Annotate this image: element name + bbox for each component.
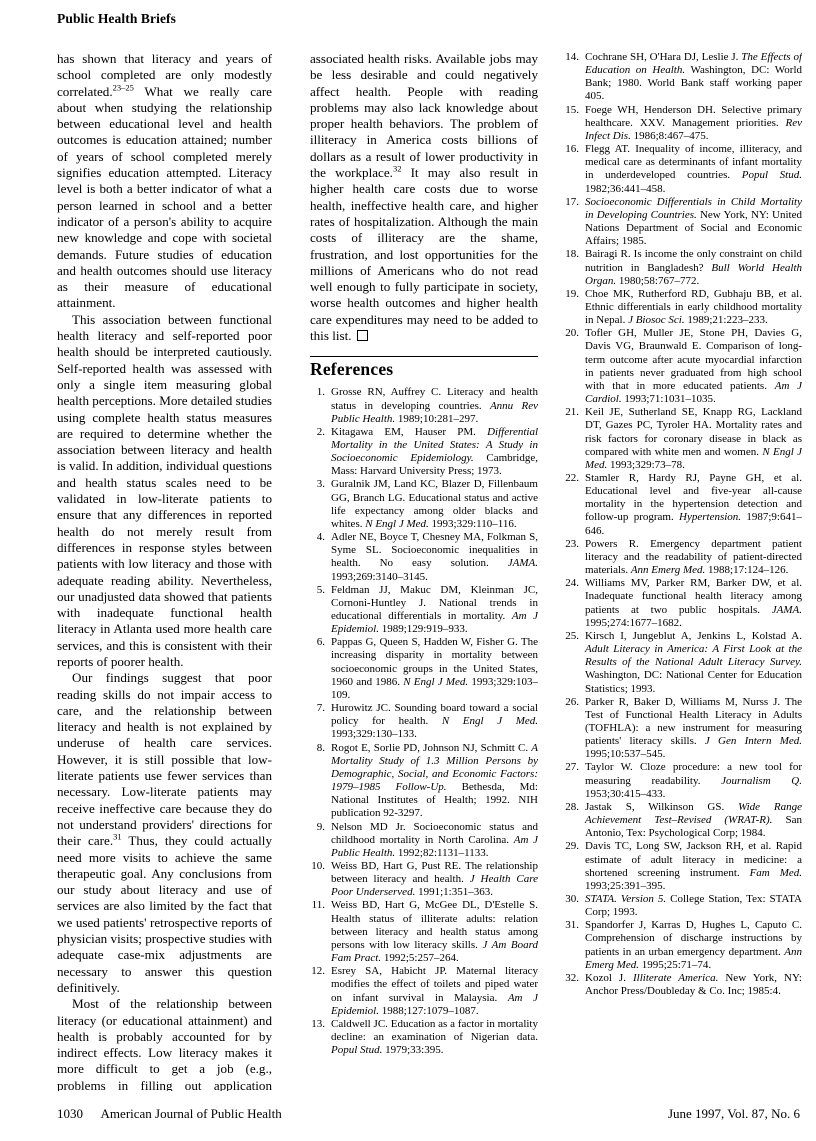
reference-item: 9.Nelson MD Jr. Socioeconomic status and…: [310, 821, 538, 860]
reference-item: 18.Bairagi R. Is income the only constra…: [564, 248, 802, 287]
reference-text: Powers R. Emergency department patient l…: [585, 538, 802, 576]
reference-number: 23.: [564, 538, 579, 551]
reference-item: 24.Williams MV, Parker RM, Barker DW, et…: [564, 577, 802, 630]
reference-number: 19.: [564, 288, 579, 301]
reference-number: 28.: [564, 801, 579, 814]
reference-text: Stamler R, Hardy RJ, Payne GH, et al. Ed…: [585, 472, 802, 537]
reference-text: Flegg AT. Inequality of income, illitera…: [585, 143, 802, 194]
footer-journal-name: American Journal of Public Health: [101, 1106, 282, 1121]
reference-text: Cochrane SH, O'Hara DJ, Leslie J. The Ef…: [585, 51, 802, 102]
reference-number: 20.: [564, 327, 579, 340]
reference-number: 18.: [564, 248, 579, 261]
reference-number: 31.: [564, 919, 579, 932]
body-paragraph: has shown that literacy and years of sch…: [57, 51, 272, 312]
reference-text: Spandorfer J, Karras D, Hughes L, Caputo…: [585, 919, 802, 970]
reference-text: STATA. Version 5. College Station, Tex: …: [585, 893, 802, 918]
reference-item: 32.Kozol J. Illiterate America. New York…: [564, 972, 802, 998]
reference-item: 11.Weiss BD, Hart G, McGee DL, D'Estelle…: [310, 899, 538, 965]
reference-text: Keil JE, Sutherland SE, Knapp RG, Lackla…: [585, 406, 802, 471]
reference-item: 30.STATA. Version 5. College Station, Te…: [564, 893, 802, 919]
reference-item: 6.Pappas G, Queen S, Hadden W, Fisher G.…: [310, 636, 538, 702]
reference-item: 19.Choe MK, Rutherford RD, Gubhaju BB, e…: [564, 288, 802, 327]
references-divider: [310, 356, 538, 357]
reference-number: 10.: [310, 860, 325, 873]
reference-text: Hurowitz JC. Sounding board toward a soc…: [331, 702, 538, 740]
reference-text: Nelson MD Jr. Socioeconomic status and c…: [331, 821, 538, 859]
references-list-14-32: 14.Cochrane SH, O'Hara DJ, Leslie J. The…: [564, 51, 802, 1091]
reference-item: 23.Powers R. Emergency department patien…: [564, 538, 802, 577]
reference-item: 21.Keil JE, Sutherland SE, Knapp RG, Lac…: [564, 406, 802, 472]
reference-item: 31.Spandorfer J, Karras D, Hughes L, Cap…: [564, 919, 802, 972]
reference-text: Kozol J. Illiterate America. New York, N…: [585, 972, 802, 997]
reference-text: Esrey SA, Habicht JP. Maternal literacy …: [331, 965, 538, 1016]
reference-item: 10.Weiss BD, Hart G, Pust RE. The relati…: [310, 860, 538, 899]
reference-text: Bairagi R. Is income the only constraint…: [585, 248, 802, 286]
section-header-label: Public Health Briefs: [57, 11, 176, 27]
body-paragraph: associated health risks. Available jobs …: [310, 51, 538, 344]
column-2-body-text: associated health risks. Available jobs …: [310, 51, 538, 344]
reference-number: 17.: [564, 196, 579, 209]
reference-item: 12.Esrey SA, Habicht JP. Maternal litera…: [310, 965, 538, 1018]
reference-item: 4.Adler NE, Boyce T, Chesney MA, Folkman…: [310, 531, 538, 584]
reference-number: 26.: [564, 696, 579, 709]
reference-item: 8.Rogot E, Sorlie PD, Johnson NJ, Schmit…: [310, 742, 538, 821]
reference-text: Weiss BD, Hart G, Pust RE. The relations…: [331, 860, 538, 898]
body-paragraph: Most of the relationship between literac…: [57, 996, 272, 1091]
reference-text: Taylor W. Cloze procedure: a new tool fo…: [585, 761, 802, 799]
column-2: associated health risks. Available jobs …: [310, 51, 538, 1091]
footer-issue-info: June 1997, Vol. 87, No. 6: [668, 1106, 800, 1122]
reference-number: 9.: [310, 821, 325, 834]
references-list-1-13: 1.Grosse RN, Auffrey C. Literacy and hea…: [310, 386, 538, 1057]
reference-number: 27.: [564, 761, 579, 774]
reference-item: 22.Stamler R, Hardy RJ, Payne GH, et al.…: [564, 472, 802, 538]
reference-number: 14.: [564, 51, 579, 64]
reference-number: 22.: [564, 472, 579, 485]
references-heading: References: [310, 359, 538, 380]
reference-text: Adler NE, Boyce T, Chesney MA, Folkman S…: [331, 531, 538, 582]
reference-text: Weiss BD, Hart G, McGee DL, D'Estelle S.…: [331, 899, 538, 964]
reference-number: 15.: [564, 104, 579, 117]
reference-item: 13.Caldwell JC. Education as a factor in…: [310, 1018, 538, 1057]
reference-number: 5.: [310, 584, 325, 597]
page-footer: 1030 American Journal of Public Health J…: [57, 1106, 800, 1122]
reference-item: 25.Kirsch I, Jungeblut A, Jenkins L, Kol…: [564, 630, 802, 696]
reference-number: 4.: [310, 531, 325, 544]
reference-text: Choe MK, Rutherford RD, Gubhaju BB, et a…: [585, 288, 802, 326]
reference-text: Grosse RN, Auffrey C. Literacy and healt…: [331, 386, 538, 424]
reference-text: Tofler GH, Muller JE, Stone PH, Davies G…: [585, 327, 802, 405]
reference-number: 13.: [310, 1018, 325, 1031]
reference-number: 29.: [564, 840, 579, 853]
reference-item: 1.Grosse RN, Auffrey C. Literacy and hea…: [310, 386, 538, 425]
reference-item: 16.Flegg AT. Inequality of income, illit…: [564, 143, 802, 196]
reference-number: 21.: [564, 406, 579, 419]
reference-item: 2.Kitagawa EM, Hauser PM. Differential M…: [310, 426, 538, 479]
reference-item: 5.Feldman JJ, Makuc DM, Kleinman JC, Cor…: [310, 584, 538, 637]
reference-number: 32.: [564, 972, 579, 985]
reference-text: Williams MV, Parker RM, Barker DW, et al…: [585, 577, 802, 628]
reference-text: Feldman JJ, Makuc DM, Kleinman JC, Corno…: [331, 584, 538, 635]
reference-text: Pappas G, Queen S, Hadden W, Fisher G. T…: [331, 636, 538, 701]
reference-item: 3.Guralnik JM, Land KC, Blazer D, Fillen…: [310, 478, 538, 531]
body-paragraph: Our findings suggest that poor reading s…: [57, 670, 272, 996]
reference-text: Kirsch I, Jungeblut A, Jenkins L, Kolsta…: [585, 630, 802, 695]
reference-item: 29.Davis TC, Long SW, Jackson RH, et al.…: [564, 840, 802, 893]
reference-number: 11.: [310, 899, 325, 912]
reference-number: 7.: [310, 702, 325, 715]
reference-item: 14.Cochrane SH, O'Hara DJ, Leslie J. The…: [564, 51, 802, 104]
reference-text: Socioeconomic Differentials in Child Mor…: [585, 196, 802, 247]
reference-number: 25.: [564, 630, 579, 643]
reference-item: 27.Taylor W. Cloze procedure: a new tool…: [564, 761, 802, 800]
reference-text: Parker R, Baker D, Williams M, Nurss J. …: [585, 696, 802, 761]
reference-number: 24.: [564, 577, 579, 590]
reference-item: 7.Hurowitz JC. Sounding board toward a s…: [310, 702, 538, 741]
reference-number: 2.: [310, 426, 325, 439]
reference-text: Jastak S, Wilkinson GS. Wide Range Achie…: [585, 801, 802, 839]
reference-item: 15.Foege WH, Henderson DH. Selective pri…: [564, 104, 802, 143]
reference-number: 12.: [310, 965, 325, 978]
column-1-body-text: has shown that literacy and years of sch…: [57, 51, 272, 1091]
footer-page-number: 1030: [57, 1106, 83, 1121]
reference-text: Guralnik JM, Land KC, Blazer D, Fillenba…: [331, 478, 538, 529]
reference-number: 16.: [564, 143, 579, 156]
reference-text: Kitagawa EM, Hauser PM. Differential Mor…: [331, 426, 538, 477]
body-paragraph: This association between functional heal…: [57, 312, 272, 671]
reference-number: 8.: [310, 742, 325, 755]
reference-number: 6.: [310, 636, 325, 649]
reference-item: 26.Parker R, Baker D, Williams M, Nurss …: [564, 696, 802, 762]
reference-text: Caldwell JC. Education as a factor in mo…: [331, 1018, 538, 1056]
reference-item: 20.Tofler GH, Muller JE, Stone PH, Davie…: [564, 327, 802, 406]
reference-number: 3.: [310, 478, 325, 491]
reference-number: 1.: [310, 386, 325, 399]
reference-number: 30.: [564, 893, 579, 906]
reference-item: 17.Socioeconomic Differentials in Child …: [564, 196, 802, 249]
reference-text: Rogot E, Sorlie PD, Johnson NJ, Schmitt …: [331, 742, 538, 820]
reference-item: 28.Jastak S, Wilkinson GS. Wide Range Ac…: [564, 801, 802, 840]
end-of-article-square-icon: [357, 330, 368, 341]
reference-text: Davis TC, Long SW, Jackson RH, et al. Ra…: [585, 840, 802, 891]
reference-text: Foege WH, Henderson DH. Selective primar…: [585, 104, 802, 142]
